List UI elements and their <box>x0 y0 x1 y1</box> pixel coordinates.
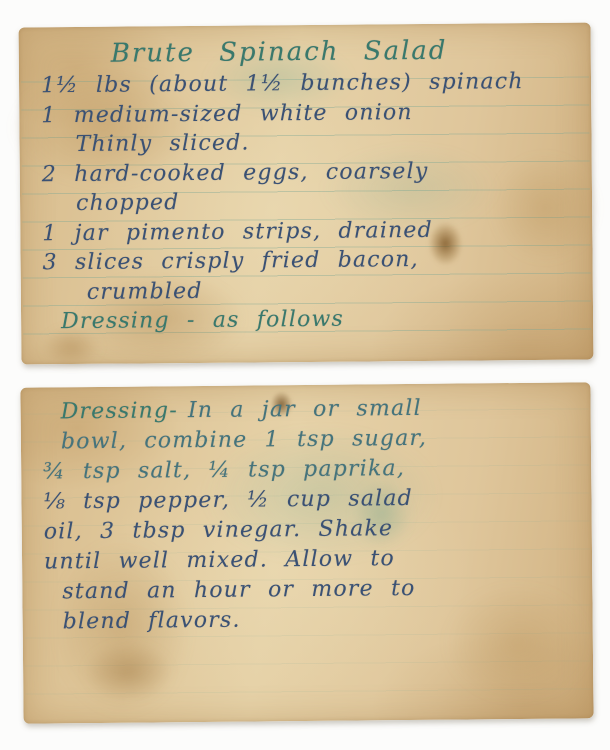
ingredient-line: 1½ lbs (about 1½ bunches) spinach <box>41 67 591 101</box>
ingredient-line: 1 jar pimento strips, drained <box>42 214 592 248</box>
dressing-line-text: In a jar or small <box>188 396 422 423</box>
card-content: Dressing-In a jar or small bowl, combine… <box>20 382 593 723</box>
photo-background: Brute Spinach Salad 1½ lbs (about 1½ bun… <box>0 0 610 750</box>
ingredient-line: crumbled <box>87 273 593 307</box>
ingredient-line: Thinly sliced. <box>75 126 591 160</box>
ingredient-line: chopped <box>76 185 592 219</box>
dressing-note-line: Dressing - as follows <box>61 302 593 336</box>
ingredient-line: 1 medium-sized white onion <box>41 96 591 130</box>
recipe-card-dressing: Dressing-In a jar or small bowl, combine… <box>20 382 593 723</box>
dressing-lead-word: Dressing- <box>61 398 179 424</box>
recipe-card-ingredients: Brute Spinach Salad 1½ lbs (about 1½ bun… <box>19 23 594 365</box>
dressing-line: blend flavors. <box>63 602 593 637</box>
ingredient-line: 3 slices crisply fried bacon, <box>42 244 592 278</box>
recipe-title: Brute Spinach Salad <box>111 33 591 71</box>
card-content: Brute Spinach Salad 1½ lbs (about 1½ bun… <box>19 23 594 365</box>
ingredient-line: 2 hard-cooked eggs, coarsely <box>42 155 592 189</box>
